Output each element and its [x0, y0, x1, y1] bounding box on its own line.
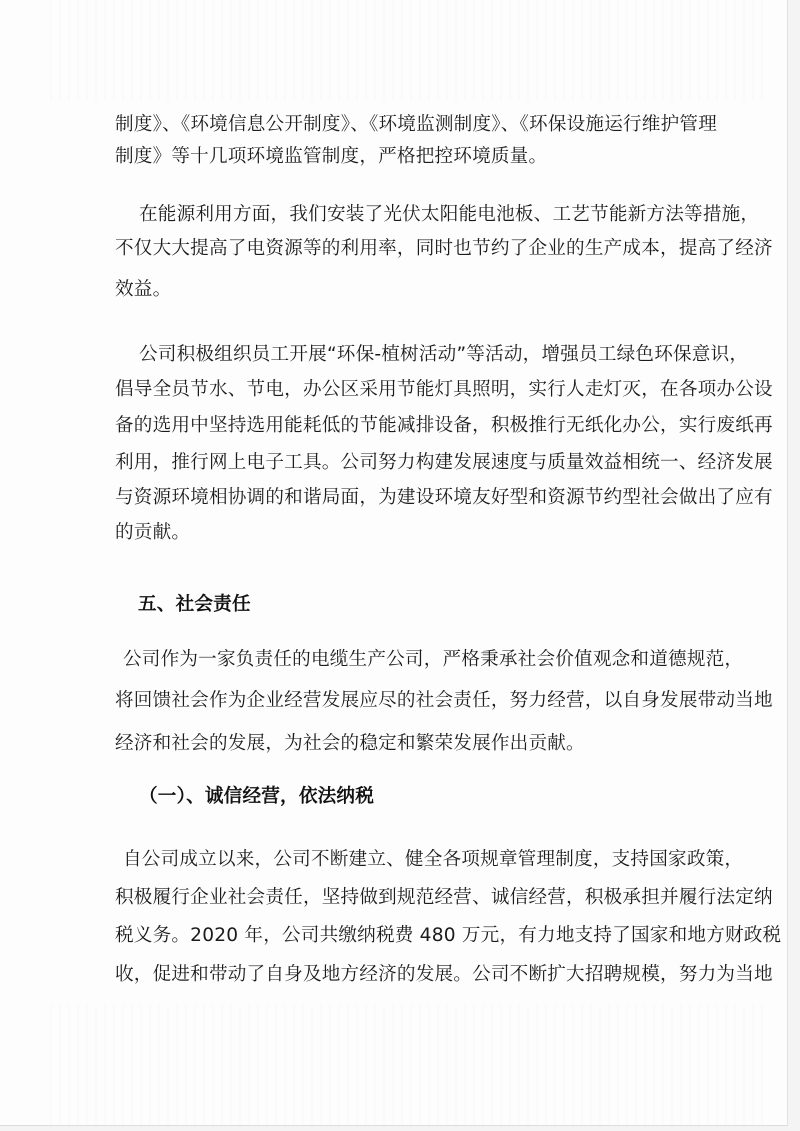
- section-heading: 五、社会责任: [138, 593, 698, 617]
- paragraph-line: 税义务。2020 年，公司共缴纳税费 480 万元，有力地支持了国家和地方财政税: [115, 924, 675, 948]
- subsection-heading: （一）、诚信经营，依法纳税: [139, 785, 699, 809]
- paragraph-line: 效益。: [115, 278, 675, 302]
- paragraph-line: 利用，推行网上电子工具。公司努力构建发展速度与质量效益相统一、经济发展: [115, 451, 675, 475]
- paragraph-line: 倡导全员节水、节电，办公区采用节能灯具照明，实行人走灯灭，在各项办公设: [115, 378, 675, 402]
- scan-artifact-top: [50, 0, 767, 100]
- paragraph-line: 经济和社会的发展，为社会的稳定和繁荣发展作出贡献。: [115, 732, 675, 756]
- document-page: 制度》、《环境信息公开制度》、《环境监测制度》、《环保设施运行维护管理 制度》等…: [0, 0, 788, 1126]
- paragraph-line: 收，促进和带动了自身及地方经济的发展。公司不断扩大招聘规模，努力为当地: [115, 963, 675, 987]
- paragraph-line: 制度》等十几项环境监管制度，严格把控环境质量。: [115, 145, 675, 169]
- paragraph-line: 的贡献。: [115, 521, 675, 545]
- paragraph-line: 积极履行企业社会责任，坚持做到规范经营、诚信经营，积极承担并履行法定纳: [115, 886, 675, 910]
- paragraph-line: 备的选用中坚持选用能耗低的节能减排设备，积极推行无纸化办公，实行废纸再: [115, 414, 675, 438]
- paragraph-line: 制度》、《环境信息公开制度》、《环境监测制度》、《环保设施运行维护管理: [115, 113, 675, 137]
- paragraph-line: 将回馈社会作为企业经营发展应尽的社会责任，努力经营，以自身发展带动当地: [115, 689, 675, 713]
- paragraph-line: 不仅大大提高了电资源等的利用率，同时也节约了企业的生产成本，提高了经济: [115, 237, 675, 261]
- paragraph-line: 公司作为一家负责任的电缆生产公司，严格秉承社会价值观念和道德规范，: [123, 648, 683, 672]
- paragraph-line: 在能源利用方面，我们安装了光伏太阳能电池板、工艺节能新方法等措施，: [139, 203, 679, 227]
- paragraph-line: 公司积极组织员工开展“环保-植树活动”等活动，增强员工绿色环保意识，: [139, 343, 679, 367]
- paragraph-line: 自公司成立以来，公司不断建立、健全各项规章管理制度，支持国家政策，: [123, 848, 683, 872]
- paragraph-line: 与资源环境相协调的和谐局面，为建设环境友好型和资源节约型社会做出了应有: [115, 486, 675, 510]
- scan-artifact-bottom: [50, 1005, 767, 1125]
